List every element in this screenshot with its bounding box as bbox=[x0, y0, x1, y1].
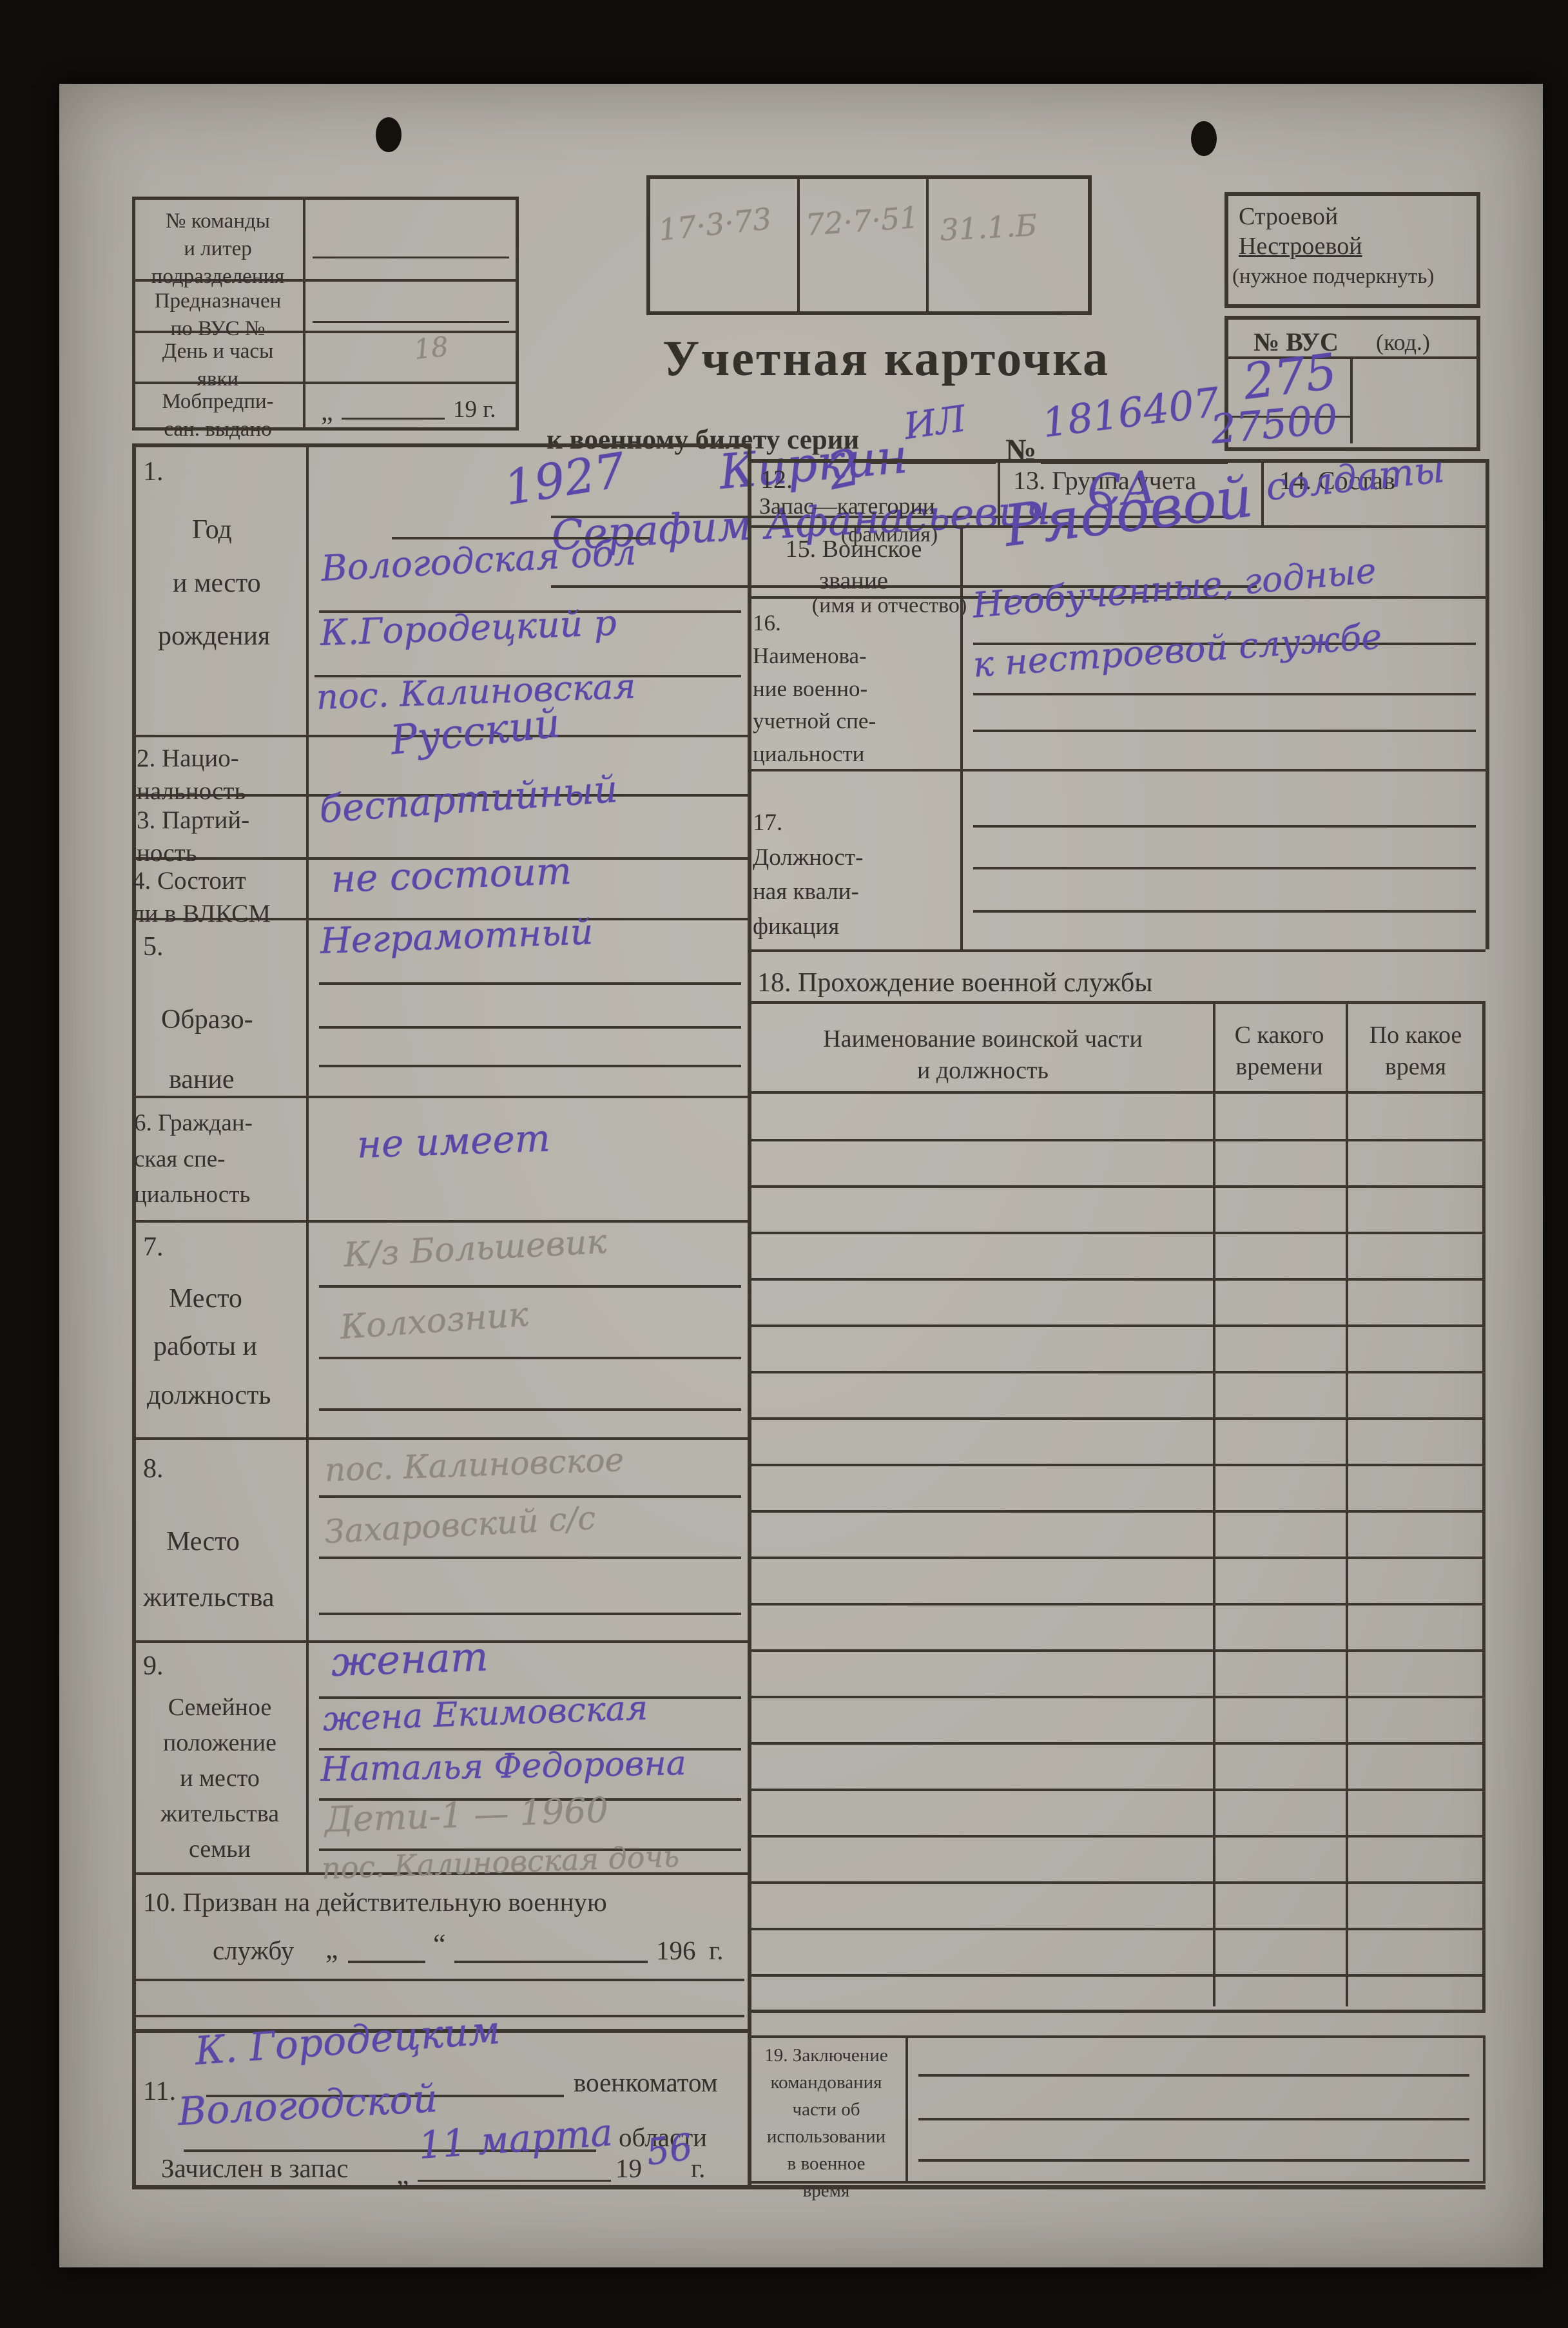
write-line bbox=[973, 825, 1476, 828]
write-line bbox=[319, 1065, 741, 1067]
field19-label: 19. Заключение командования части об исп… bbox=[749, 2042, 904, 2204]
field10-word: службу bbox=[213, 1934, 294, 1968]
field10-year: 196 bbox=[656, 1934, 696, 1968]
write-line bbox=[918, 2159, 1469, 2162]
field16-label: 16. Наименова- ние военно- учетной спе- … bbox=[753, 607, 959, 771]
field9-number: 9. bbox=[143, 1649, 164, 1684]
service-table-row bbox=[750, 1141, 1483, 1188]
write-line bbox=[313, 257, 509, 258]
table-col1-header: Наименование воинской части и должность bbox=[760, 1023, 1205, 1087]
write-line bbox=[319, 1557, 741, 1559]
stamp-box-divider bbox=[797, 175, 800, 314]
service-table-row bbox=[750, 1420, 1483, 1466]
field-divider bbox=[132, 1220, 748, 1223]
write-line bbox=[342, 418, 445, 420]
cell-divider bbox=[1261, 459, 1264, 525]
write-line bbox=[973, 867, 1476, 869]
field7-label1: Место bbox=[169, 1281, 242, 1317]
cell-divider bbox=[998, 459, 1000, 525]
write-line bbox=[319, 982, 741, 985]
service-table-row bbox=[750, 1281, 1483, 1327]
field4-value-handwritten: не состоит bbox=[331, 849, 572, 901]
field18-title: 18. Прохождение военной службы bbox=[757, 965, 1153, 1001]
field1-number: 1. bbox=[143, 454, 164, 490]
field-divider bbox=[132, 1437, 748, 1440]
field15-label: 15. Воинское звание bbox=[749, 534, 958, 597]
field11-year-handwritten: 56 bbox=[644, 2126, 695, 2174]
punch-hole-right bbox=[1191, 121, 1217, 156]
field11-printed3: Зачислен в запас bbox=[161, 2151, 349, 2186]
field7-number: 7. bbox=[143, 1230, 164, 1265]
write-line bbox=[313, 321, 509, 323]
label-column-divider bbox=[306, 443, 309, 1872]
service-table-row bbox=[750, 1838, 1483, 1884]
field10-g: г. bbox=[709, 1934, 723, 1968]
admin-row3-value-handwritten: 18 bbox=[412, 331, 450, 365]
field1-label2: и место bbox=[173, 566, 261, 601]
admin-row4-label: Мобпредпи- сан. выдано bbox=[137, 388, 299, 443]
write-line bbox=[418, 2180, 611, 2182]
field4-label: 4. Состоит ли в ВЛКСМ bbox=[132, 865, 271, 930]
write-line bbox=[973, 693, 1476, 695]
field8-label2: жительства bbox=[143, 1580, 275, 1616]
write-line bbox=[918, 2074, 1469, 2077]
document-title: Учетная карточка bbox=[583, 325, 1189, 391]
service-table-row bbox=[750, 1884, 1483, 1930]
right-outer-border bbox=[1486, 459, 1489, 949]
left-outer-border bbox=[132, 443, 136, 2188]
field1-label3: рождения bbox=[158, 619, 270, 654]
field9-value1-handwritten: женат bbox=[330, 1633, 489, 1685]
category-line2-underlined: Нестроевой bbox=[1239, 231, 1362, 262]
admin-row4-year: 19 г. bbox=[453, 394, 496, 425]
write-line bbox=[319, 1495, 741, 1498]
field5-label2: вание bbox=[169, 1062, 235, 1098]
service-table-row bbox=[750, 1930, 1483, 1977]
service-table-row bbox=[750, 1745, 1483, 1791]
write-line bbox=[918, 2118, 1469, 2120]
main-top-border-left bbox=[132, 443, 748, 447]
field7-label2: работы и bbox=[153, 1329, 257, 1364]
field10-quote-open: „ bbox=[325, 1930, 338, 1967]
conclusion-label-divider bbox=[905, 2035, 908, 2182]
write-line bbox=[319, 1285, 741, 1288]
field3-label: 3. Партий- ность bbox=[137, 804, 249, 869]
service-table-row bbox=[750, 1327, 1483, 1373]
field8-label1: Место bbox=[166, 1524, 240, 1560]
field9-value3-handwritten: Наталья Федоровна bbox=[320, 1744, 686, 1789]
table-col2-header: С какого времени bbox=[1217, 1020, 1342, 1083]
write-line bbox=[319, 1613, 741, 1615]
write-line bbox=[973, 730, 1476, 732]
write-line bbox=[319, 1357, 741, 1359]
stamp-box-divider bbox=[926, 175, 929, 314]
vus-header-right: (код.) bbox=[1376, 327, 1430, 358]
vus-col-divider bbox=[1350, 356, 1353, 443]
service-table-row bbox=[750, 1466, 1483, 1513]
write-line bbox=[319, 1408, 741, 1411]
service-table-row bbox=[750, 1791, 1483, 1838]
field11-number: 11. bbox=[143, 2074, 176, 2110]
stamp-box bbox=[646, 175, 1092, 315]
admin-row4-quote: „ bbox=[321, 394, 333, 430]
field1-label1: Год bbox=[192, 512, 232, 548]
service-table-row bbox=[750, 1513, 1483, 1559]
service-table-row bbox=[750, 1652, 1483, 1698]
admin-row1-label: № команды и литер подразделения bbox=[137, 208, 299, 291]
field10-quote-close: “ bbox=[433, 1926, 446, 1963]
field6-value-handwritten: не имеет bbox=[356, 1116, 551, 1167]
serial-series-handwritten: ИЛ bbox=[902, 398, 969, 448]
field11-printed1: военкоматом bbox=[574, 2066, 718, 2100]
write-line bbox=[454, 1961, 648, 1963]
service-table-rows bbox=[750, 1095, 1483, 2010]
table-header-divider bbox=[748, 1091, 1486, 1094]
write-line bbox=[973, 910, 1476, 913]
write-line bbox=[348, 1961, 425, 1963]
category-note: (нужное подчеркнуть) bbox=[1232, 263, 1434, 291]
service-table-row bbox=[750, 1188, 1483, 1234]
service-table-row bbox=[750, 1977, 1483, 2010]
field11-year-prefix: 19 bbox=[615, 2151, 642, 2186]
service-table-row bbox=[750, 1373, 1483, 1420]
field5-number: 5. bbox=[143, 929, 164, 965]
field8-number: 8. bbox=[143, 1451, 164, 1487]
field7-label3: должность bbox=[147, 1378, 271, 1413]
service-table-row bbox=[750, 1605, 1483, 1652]
service-table-row bbox=[750, 1698, 1483, 1745]
field11-quote: „ bbox=[396, 2156, 409, 2193]
field5-label1: Образо- bbox=[161, 1002, 253, 1038]
table-col3-header: По какое время bbox=[1350, 1020, 1482, 1083]
write-line bbox=[319, 1026, 741, 1029]
admin-box-divider bbox=[303, 197, 305, 427]
field9-label: Семейное положение и место жительства се… bbox=[135, 1690, 304, 1867]
field11-g: г. bbox=[691, 2151, 705, 2186]
admin-row2-label: Предназначен по ВУС № bbox=[137, 287, 299, 343]
right-row-divider bbox=[748, 949, 1486, 952]
admin-row3-label: День и часы явки bbox=[137, 338, 299, 393]
stamp-cell3-pencil: 31.1.Б bbox=[939, 208, 1038, 247]
category-line1: Строевой bbox=[1239, 201, 1338, 233]
punch-hole-left bbox=[376, 117, 402, 152]
service-table-row bbox=[750, 1095, 1483, 1141]
field6-label: 6. Граждан- ская спе- циальность bbox=[134, 1105, 253, 1213]
field10-line1: 10. Призван на действительную военную bbox=[143, 1885, 742, 1919]
scanned-document: № команды и литер подразделения Предназн… bbox=[0, 0, 1568, 2328]
right-label-divider bbox=[960, 525, 963, 949]
service-table-row bbox=[750, 1559, 1483, 1605]
service-table-row bbox=[750, 1234, 1483, 1281]
write-line bbox=[135, 1979, 744, 1981]
field2-label: 2. Нацио- нальность bbox=[137, 742, 246, 808]
field17-label: 17. Должност- ная квали- фикация bbox=[753, 806, 959, 944]
